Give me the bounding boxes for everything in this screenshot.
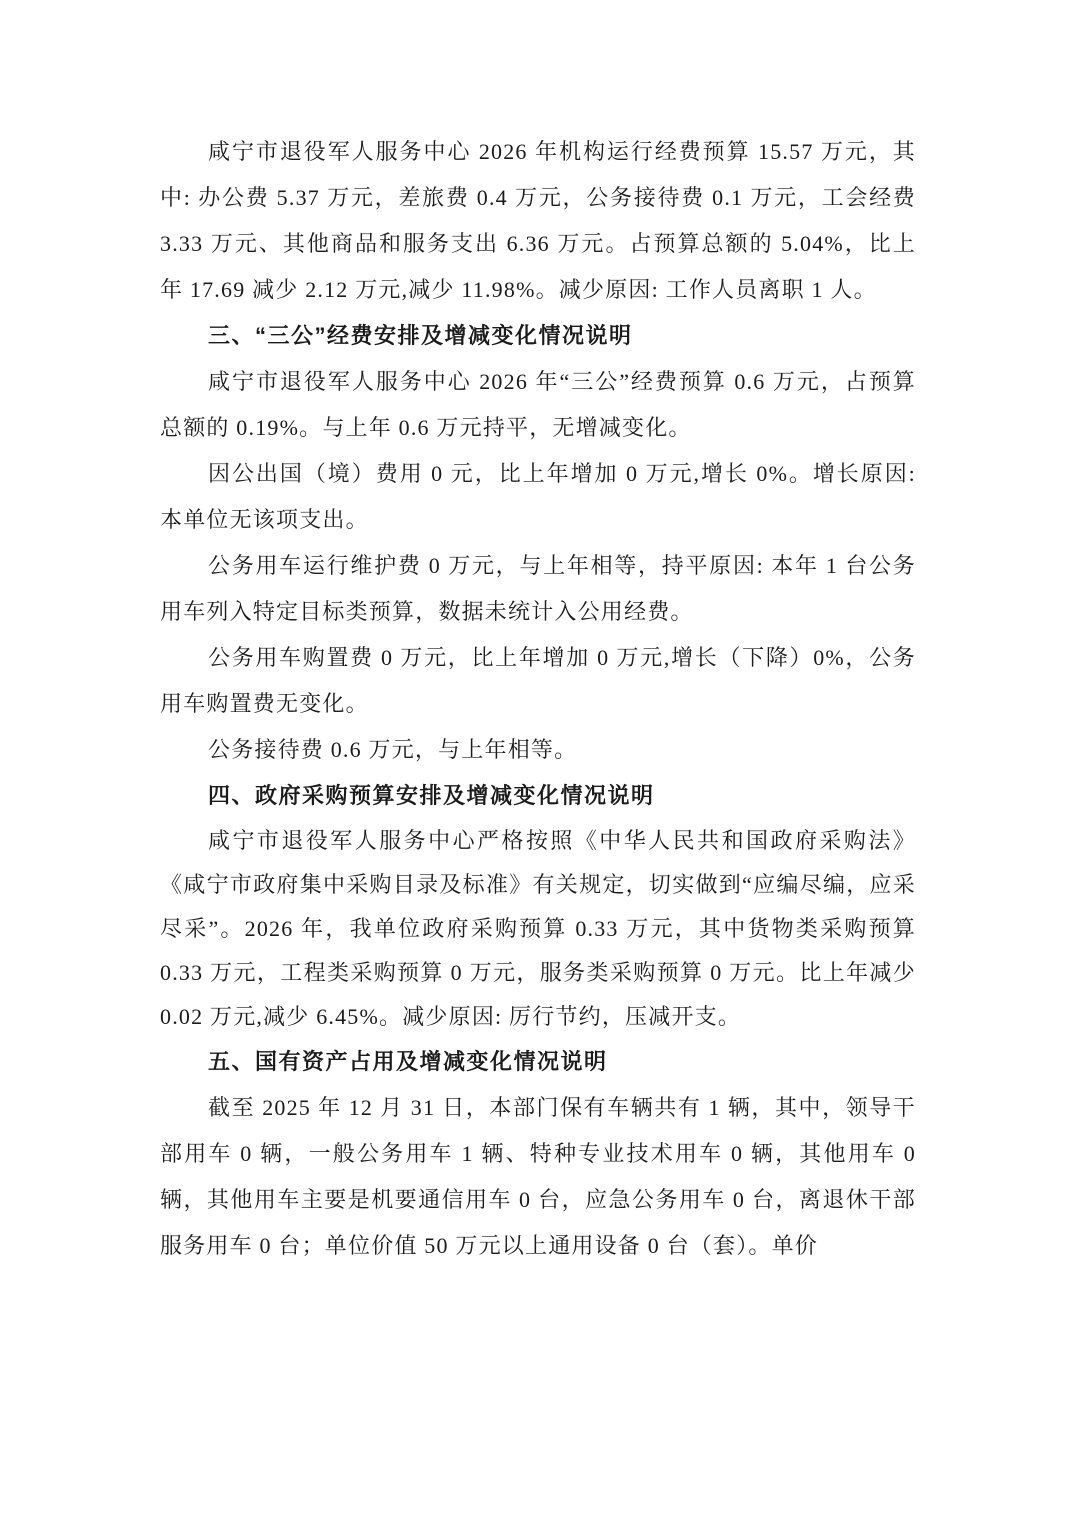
document-content: 咸宁市退役军人服务中心 2026 年机构运行经费预算 15.57 万元，其中: …	[160, 129, 916, 1269]
operating-expense-paragraph: 咸宁市退役军人服务中心 2026 年机构运行经费预算 15.57 万元，其中: …	[160, 129, 916, 313]
vehicle-maintenance-expense-paragraph: 公务用车运行维护费 0 万元，与上年相等，持平原因: 本年 1 台公务用车列入特…	[160, 543, 916, 635]
three-public-funds-total-paragraph: 咸宁市退役军人服务中心 2026 年“三公”经费预算 0.6 万元，占预算总额的…	[160, 359, 916, 451]
official-reception-expense-paragraph: 公务接待费 0.6 万元，与上年相等。	[160, 727, 916, 773]
section-heading-government-procurement: 四、政府采购预算安排及增减变化情况说明	[160, 773, 916, 819]
section-heading-state-assets: 五、国有资产占用及增减变化情况说明	[160, 1039, 916, 1085]
overseas-trip-expense-paragraph: 因公出国（境）费用 0 元，比上年增加 0 万元,增长 0%。增长原因: 本单位…	[160, 451, 916, 543]
state-assets-paragraph: 截至 2025 年 12 月 31 日，本部门保有车辆共有 1 辆，其中，领导干…	[160, 1085, 916, 1269]
vehicle-purchase-expense-paragraph: 公务用车购置费 0 万元，比上年增加 0 万元,增长（下降）0%，公务用车购置费…	[160, 635, 916, 727]
document-page: 咸宁市退役军人服务中心 2026 年机构运行经费预算 15.57 万元，其中: …	[0, 0, 1074, 1520]
section-heading-three-public-funds: 三、“三公”经费安排及增减变化情况说明	[160, 313, 916, 359]
government-procurement-paragraph: 咸宁市退役军人服务中心严格按照《中华人民共和国政府采购法》《咸宁市政府集中采购目…	[160, 819, 916, 1039]
